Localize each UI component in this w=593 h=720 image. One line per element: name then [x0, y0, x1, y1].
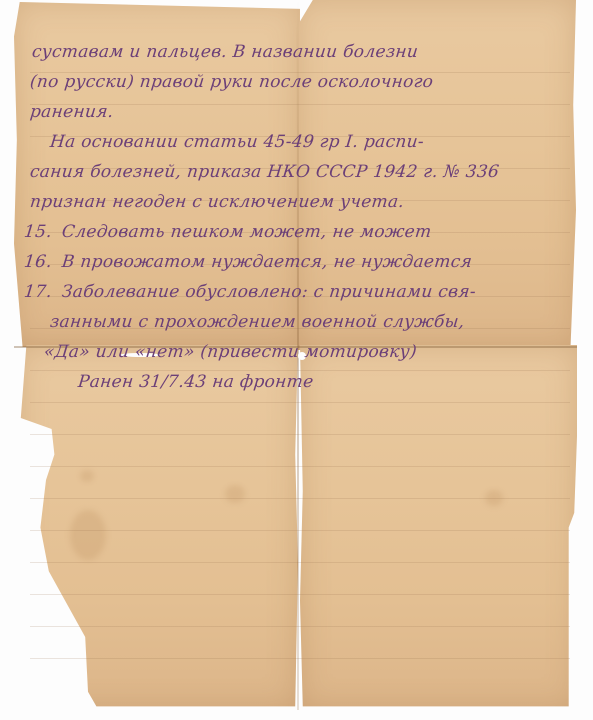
paper-bottom-right — [300, 345, 577, 710]
numbered-item-17: 17.Заболевание обусловлено: с причинами … — [23, 282, 477, 302]
item-text: Заболевание обусловлено: с причинами свя… — [61, 282, 477, 302]
ruled-line — [30, 466, 570, 467]
text-line: занными с прохождением военной службы, — [49, 312, 466, 332]
document-photo: суставам и пальцев. В названии болезни (… — [0, 0, 593, 720]
stain — [485, 490, 503, 506]
item-text: В провожатом нуждается, не нуждается — [61, 252, 473, 272]
text-line: суставам и пальцев. В названии болезни — [31, 42, 419, 62]
numbered-item-16: 16.В провожатом нуждается, не нуждается — [23, 252, 473, 272]
text-line: (по русски) правой руки после осколочног… — [29, 72, 434, 92]
text-line: «Да» или «нет» (привести мотировку) — [43, 342, 418, 362]
text-line: Ранен 31/7.43 на фронте — [77, 372, 315, 392]
item-text: Следовать пешком может, не может — [61, 222, 433, 242]
text-line: признан негоден с исключением учета. — [29, 192, 405, 212]
stain — [80, 470, 94, 482]
item-number: 17. — [23, 282, 53, 302]
ruled-line — [30, 562, 570, 563]
ruled-line — [30, 370, 570, 371]
ruled-line — [30, 626, 570, 627]
ruled-line — [30, 594, 570, 595]
ruled-line — [30, 434, 570, 435]
numbered-item-15: 15.Следовать пешком может, не может — [23, 222, 432, 242]
ruled-line — [30, 530, 570, 531]
paper-bottom-left — [18, 345, 298, 710]
item-number: 15. — [23, 222, 53, 242]
text-line: ранения. — [29, 102, 115, 122]
stain — [70, 510, 106, 560]
text-line: сания болезней, приказа НКО СССР 1942 г.… — [29, 162, 500, 182]
ruled-line — [30, 402, 570, 403]
text-line: На основании статьи 45-49 гр I. распи- — [49, 132, 425, 152]
item-number: 16. — [23, 252, 53, 272]
ruled-line — [30, 658, 570, 659]
stain — [225, 485, 245, 503]
